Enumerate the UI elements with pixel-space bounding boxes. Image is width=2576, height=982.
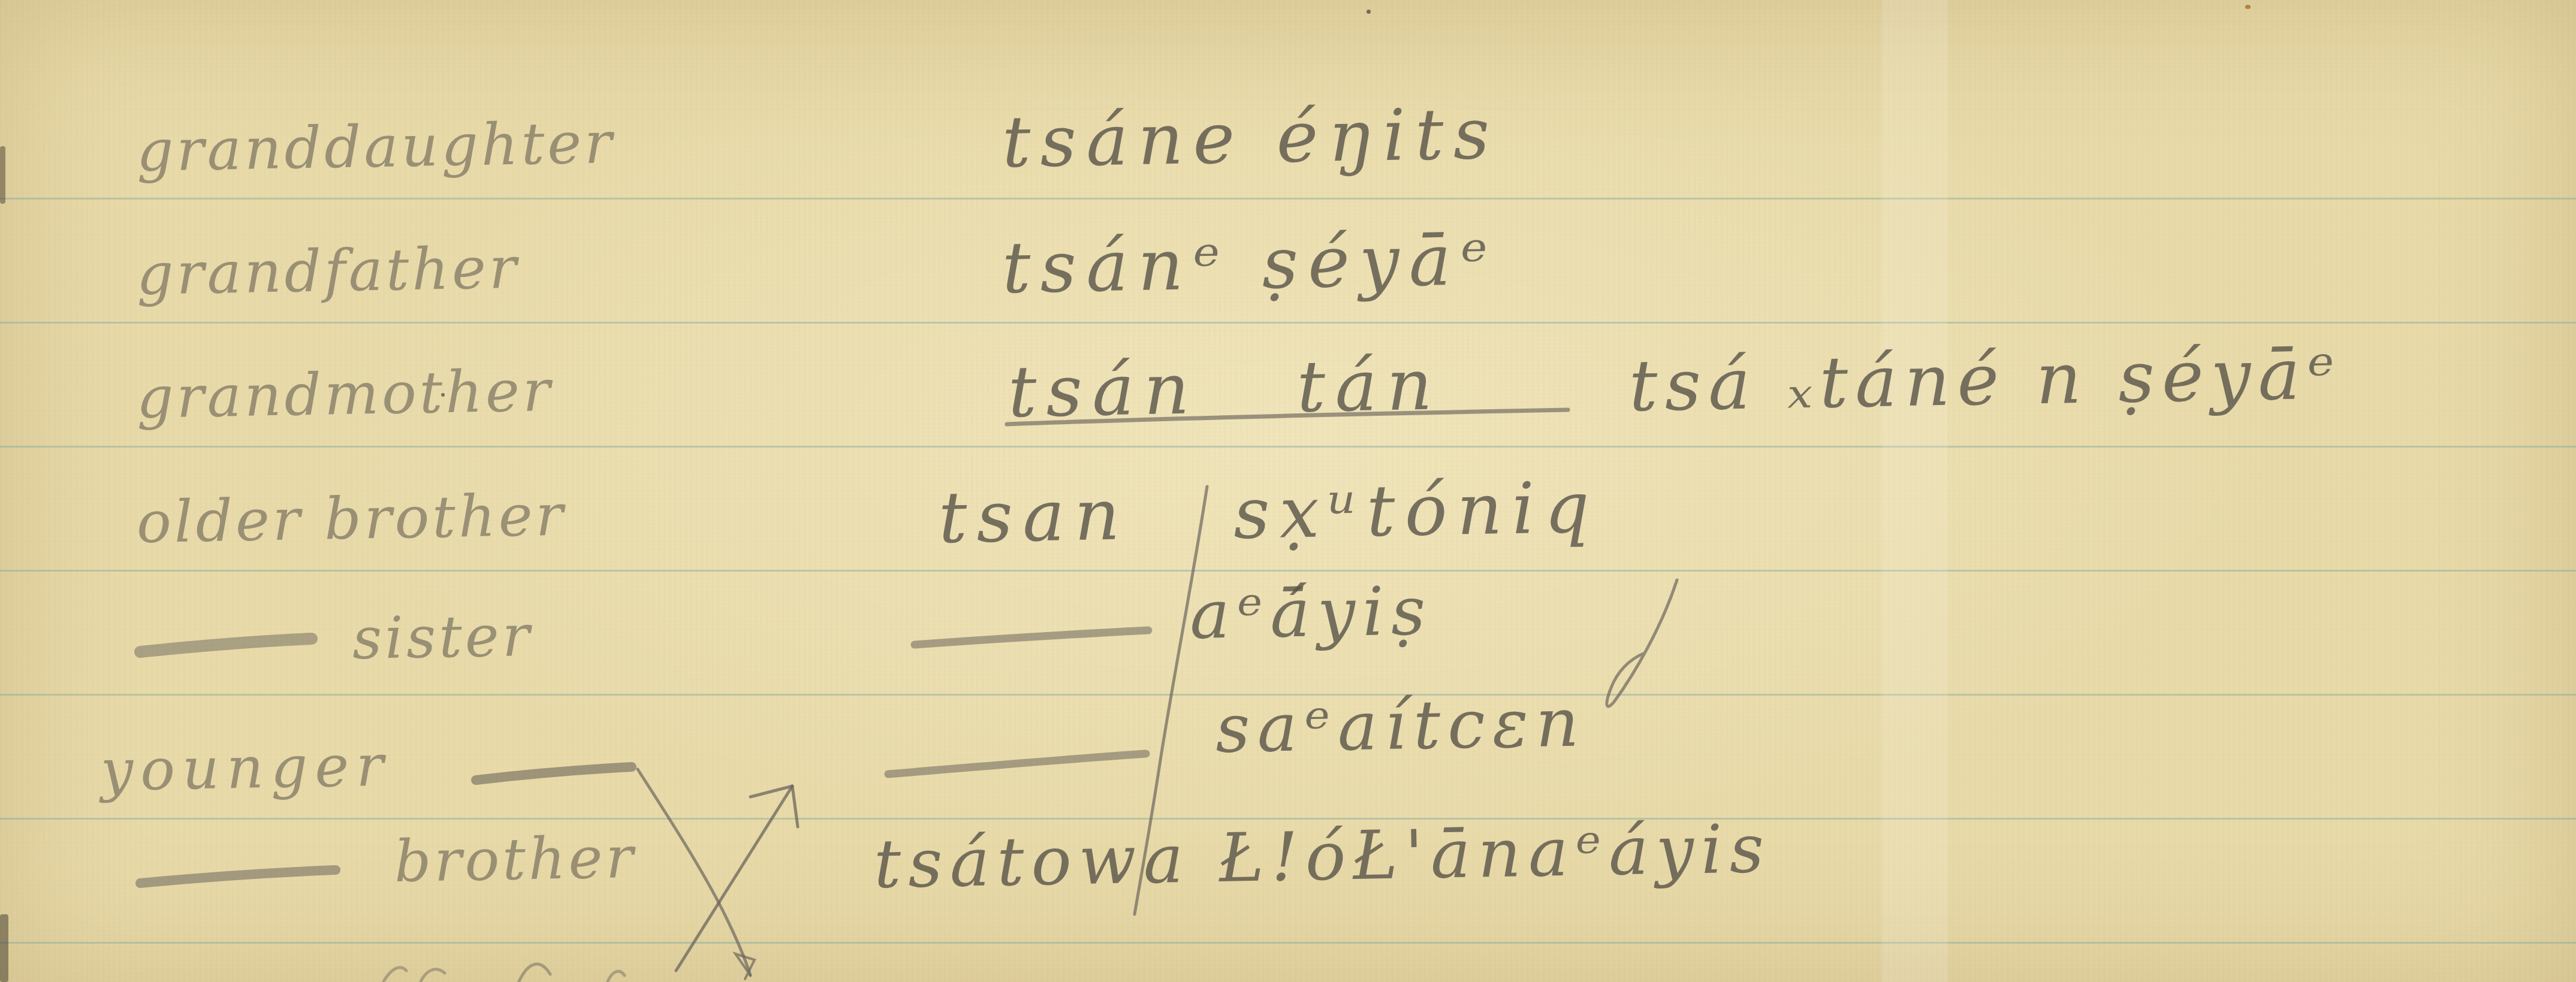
bracket-line xyxy=(1135,487,1207,914)
next-line-partial-stroke xyxy=(384,968,406,981)
next-line-partial-stroke xyxy=(519,964,550,981)
ditto-dash xyxy=(476,767,632,780)
q-tail-flourish xyxy=(1607,580,1677,706)
ditto-dash xyxy=(888,754,1146,774)
arrow-up-right-icon xyxy=(676,786,792,971)
pencil-marks-layer xyxy=(0,0,2576,982)
ditto-dash xyxy=(915,630,1148,645)
ditto-dash xyxy=(140,639,312,652)
notebook-page: granddaughter grandfather grandmother ol… xyxy=(0,0,2576,982)
next-line-partial-stroke xyxy=(608,971,625,981)
next-line-partial-stroke xyxy=(421,969,445,981)
arrow-head-icon xyxy=(750,786,798,827)
ditto-dash xyxy=(140,870,336,883)
strike-through-line xyxy=(1007,410,1568,424)
